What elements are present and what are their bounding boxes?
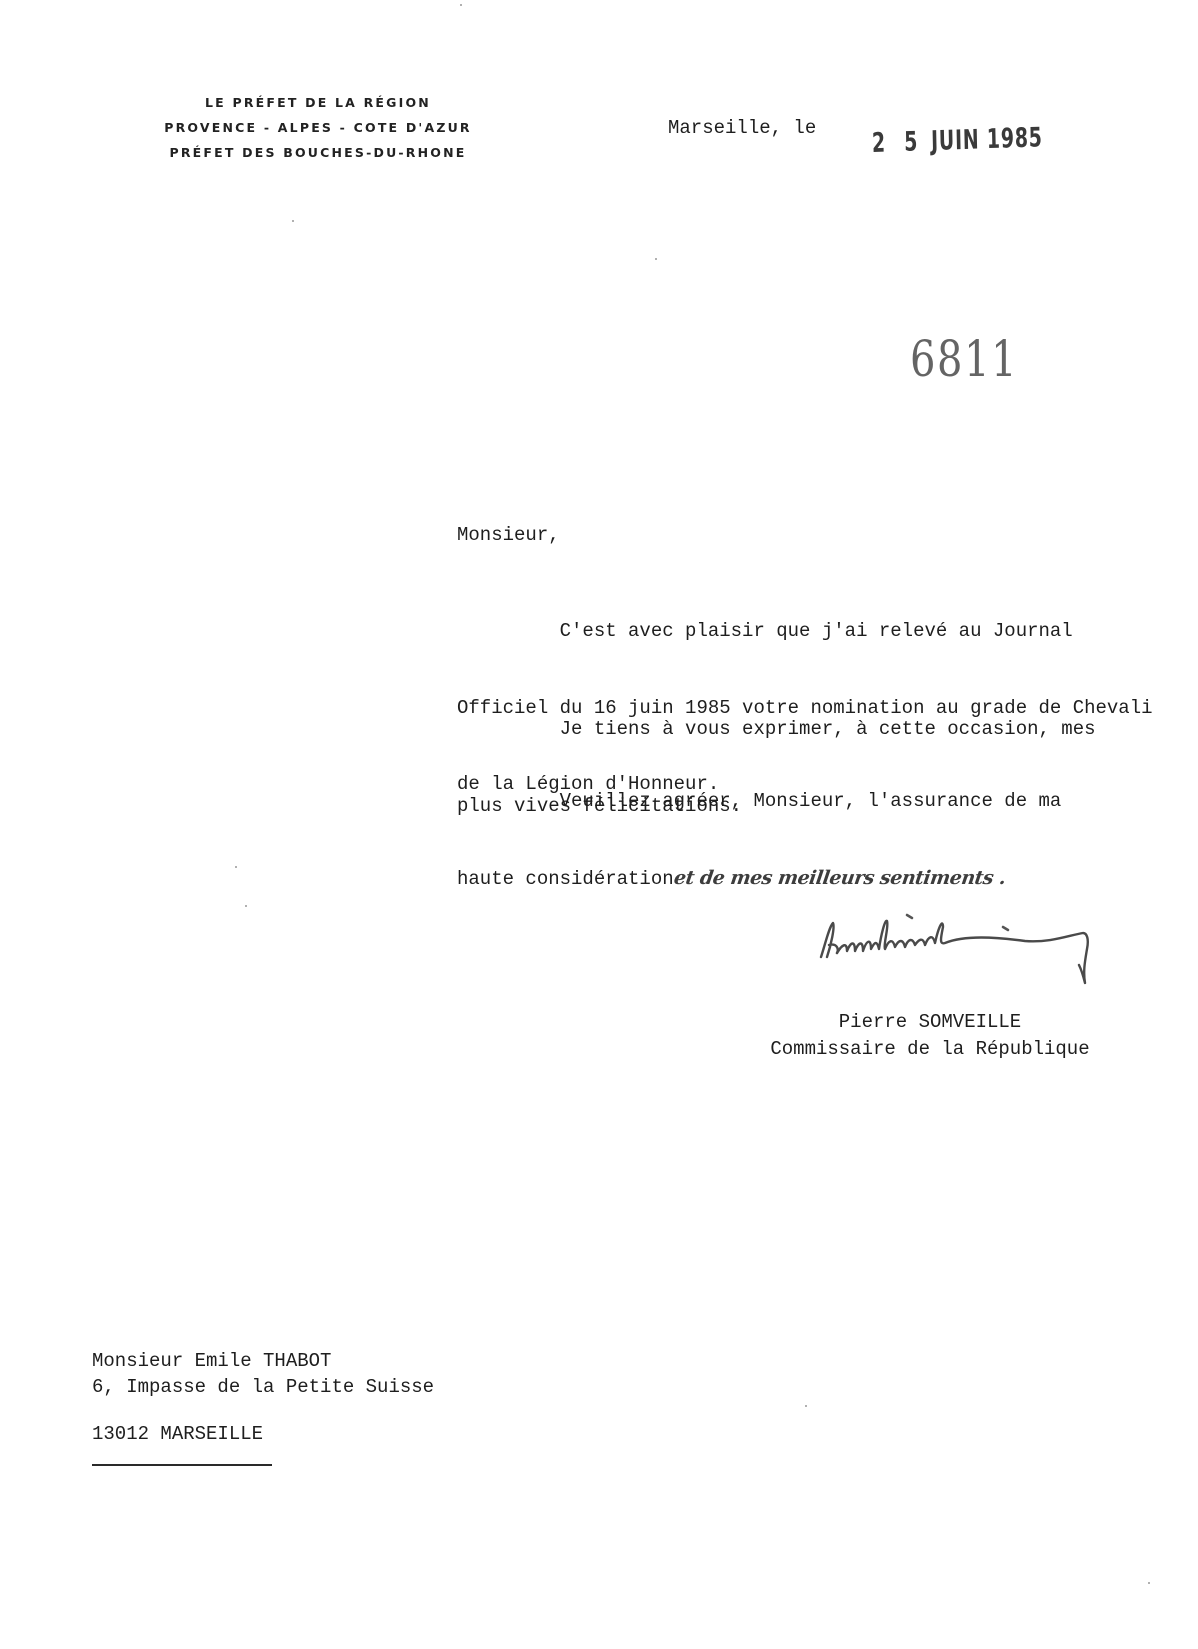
address-underline — [92, 1464, 272, 1466]
scan-speck — [245, 905, 247, 907]
letterhead-line-1: LE PRÉFET DE LA RÉGION — [138, 90, 498, 115]
reference-number-stamp: 6811 — [910, 330, 1018, 388]
paragraph-3-line-2: haute considérationet de mes meilleurs s… — [457, 866, 1061, 893]
recipient-name: Monsieur Emile THABOT — [92, 1348, 434, 1374]
paragraph-1-line-1: C'est avec plaisir que j'ai relevé au Jo… — [457, 619, 1153, 645]
signatory-name: Pierre SOMVEILLE — [765, 1009, 1095, 1036]
scan-speck — [292, 220, 294, 222]
letterhead-line-3: PRÉFET DES BOUCHES-DU-RHONE — [138, 140, 498, 165]
recipient-address: Monsieur Emile THABOT 6, Impasse de la P… — [92, 1348, 434, 1447]
scan-speck — [235, 866, 237, 868]
closing-typed: haute considération — [457, 868, 674, 890]
signatory-block: Pierre SOMVEILLE Commissaire de la Répub… — [765, 1009, 1095, 1063]
scan-speck — [460, 4, 462, 6]
scan-speck — [1148, 1582, 1150, 1584]
paragraph-3-line-1: Veuillez agréer, Monsieur, l'assurance d… — [457, 789, 1061, 815]
date-stamp: 2 5 JUIN 1985 — [872, 122, 1043, 159]
body-paragraph-3: Veuillez agréer, Monsieur, l'assurance d… — [457, 738, 1061, 918]
letterhead: LE PRÉFET DE LA RÉGION PROVENCE - ALPES … — [138, 90, 498, 165]
letterhead-line-2: PROVENCE - ALPES - COTE D'AZUR — [138, 115, 498, 140]
date-stamp-year: 1985 — [987, 122, 1043, 155]
date-stamp-day: 2 5 — [872, 126, 924, 159]
scan-speck — [805, 1405, 807, 1407]
date-stamp-month: JUIN — [931, 124, 980, 157]
salutation: Monsieur, — [457, 523, 560, 549]
scan-speck — [655, 258, 657, 260]
recipient-street: 6, Impasse de la Petite Suisse — [92, 1374, 434, 1400]
signatory-title: Commissaire de la République — [765, 1036, 1095, 1063]
recipient-city: 13012 MARSEILLE — [92, 1421, 434, 1447]
place-label: Marseille, le — [668, 117, 816, 139]
closing-handwritten-addition: et de mes meilleurs sentiments . — [672, 866, 1007, 892]
handwritten-signature-icon — [815, 905, 1105, 995]
